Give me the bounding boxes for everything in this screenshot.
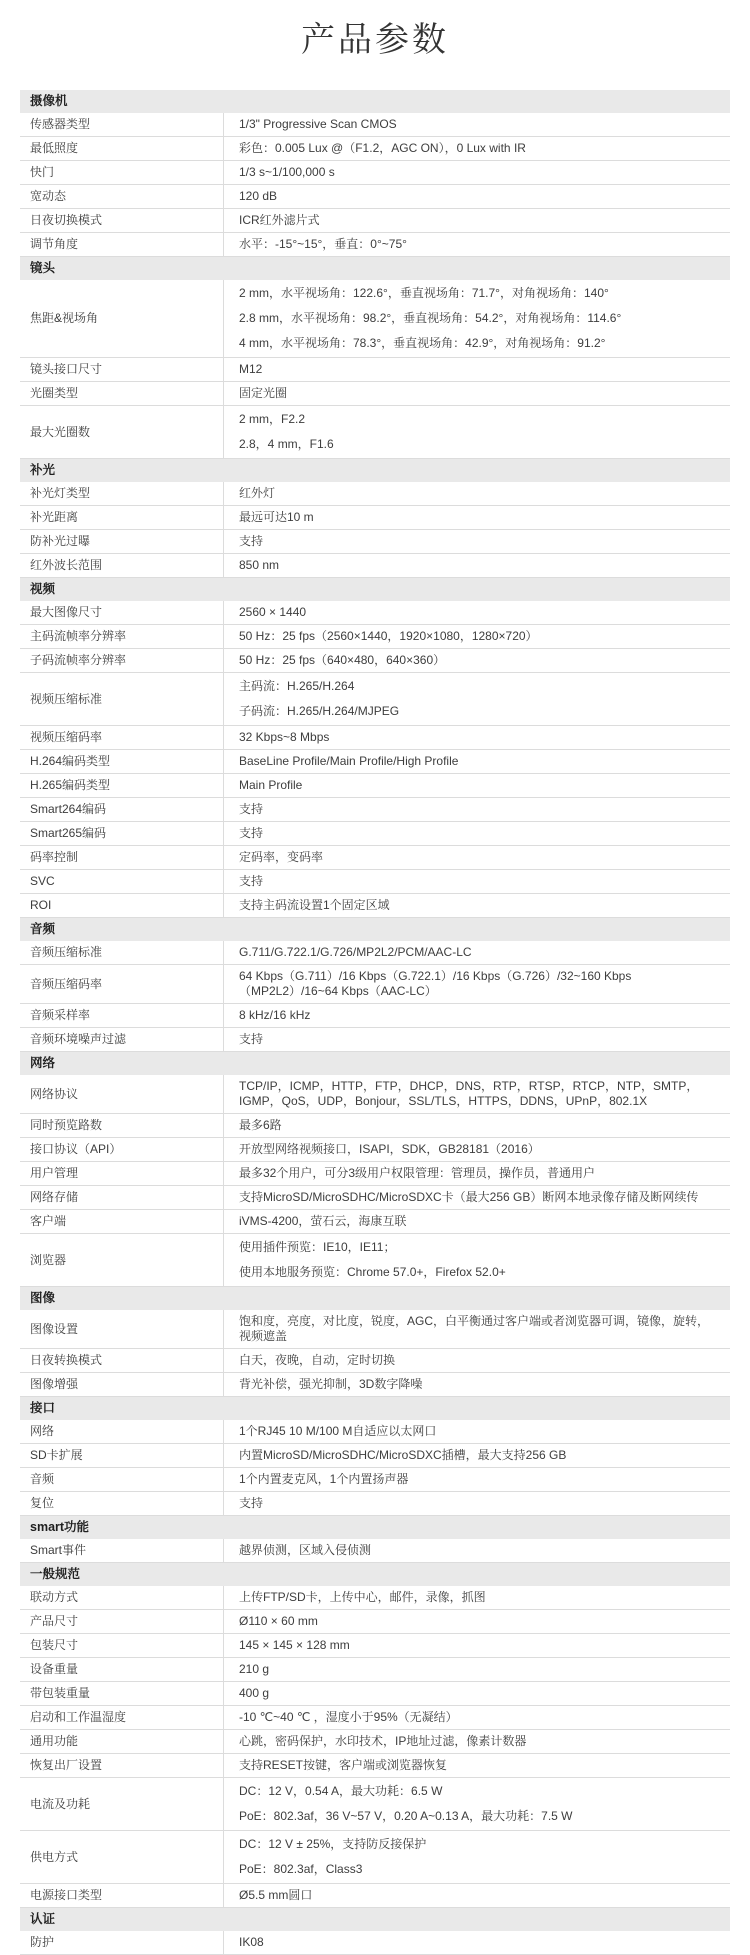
spec-value-line: 背光补偿，强光抑制，3D数字降噪 — [239, 1374, 720, 1395]
spec-value: 支持 — [223, 530, 730, 553]
spec-value-line: 2560 × 1440 — [239, 602, 720, 623]
spec-row: H.264编码类型BaseLine Profile/Main Profile/H… — [20, 750, 730, 774]
spec-value: 最多6路 — [223, 1114, 730, 1137]
spec-value-line: 支持 — [239, 1029, 720, 1050]
spec-value-line: 32 Kbps~8 Mbps — [239, 727, 720, 748]
spec-value: 最远可达10 m — [223, 506, 730, 529]
spec-label: 镜头接口尺寸 — [20, 358, 223, 381]
spec-value: 32 Kbps~8 Mbps — [223, 726, 730, 749]
spec-value: 1个内置麦克风，1个内置扬声器 — [223, 1468, 730, 1491]
spec-value: 支持 — [223, 798, 730, 821]
spec-value: 64 Kbps（G.711）/16 Kbps（G.722.1）/16 Kbps（… — [223, 965, 730, 1003]
spec-value-line: 固定光圈 — [239, 383, 720, 404]
spec-row: 日夜转换模式白天，夜晚，自动，定时切换 — [20, 1349, 730, 1373]
spec-row: 通用功能心跳，密码保护，水印技术，IP地址过滤，像素计数器 — [20, 1730, 730, 1754]
spec-value-line: 145 × 145 × 128 mm — [239, 1635, 720, 1656]
spec-row: 宽动态120 dB — [20, 185, 730, 209]
section-header: 网络 — [20, 1052, 730, 1075]
spec-value-line: 支持 — [239, 871, 720, 892]
spec-row: 主码流帧率分辨率50 Hz：25 fps（2560×1440，1920×1080… — [20, 625, 730, 649]
spec-row: H.265编码类型Main Profile — [20, 774, 730, 798]
spec-row: 电流及功耗DC：12 V，0.54 A，最大功耗：6.5 WPoE：802.3a… — [20, 1778, 730, 1831]
spec-row: 视频压缩码率32 Kbps~8 Mbps — [20, 726, 730, 750]
spec-label: 音频 — [20, 1468, 223, 1491]
spec-label: 视频压缩标准 — [20, 673, 223, 725]
spec-value: BaseLine Profile/Main Profile/High Profi… — [223, 750, 730, 773]
spec-value-line: Ø5.5 mm圆口 — [239, 1885, 720, 1906]
spec-label: 红外波长范围 — [20, 554, 223, 577]
spec-row: 音频环境噪声过滤支持 — [20, 1028, 730, 1052]
spec-row: 包装尺寸145 × 145 × 128 mm — [20, 1634, 730, 1658]
spec-label: Smart265编码 — [20, 822, 223, 845]
spec-value-line: -10 ℃~40 ℃ ，湿度小于95%（无凝结） — [239, 1707, 720, 1728]
spec-label: 码率控制 — [20, 846, 223, 869]
spec-value-line: 1/3 s~1/100,000 s — [239, 162, 720, 183]
spec-label: 接口协议（API） — [20, 1138, 223, 1161]
spec-row: 图像设置饱和度，亮度，对比度，锐度，AGC，白平衡通过客户端或者浏览器可调，镜像… — [20, 1310, 730, 1349]
spec-value-line: ICR红外滤片式 — [239, 210, 720, 231]
spec-row: 同时预览路数最多6路 — [20, 1114, 730, 1138]
spec-label: 浏览器 — [20, 1234, 223, 1286]
spec-label: 复位 — [20, 1492, 223, 1515]
spec-row: 调节角度水平：-15°~15°，垂直：0°~75° — [20, 233, 730, 257]
spec-row: 最大光圈数2 mm，F2.22.8，4 mm，F1.6 — [20, 406, 730, 459]
spec-row: 音频压缩标准G.711/G.722.1/G.726/MP2L2/PCM/AAC-… — [20, 941, 730, 965]
spec-value: 支持 — [223, 1028, 730, 1051]
spec-row: 浏览器使用插件预览：IE10，IE11；使用本地服务预览：Chrome 57.0… — [20, 1234, 730, 1287]
spec-value: 2560 × 1440 — [223, 601, 730, 624]
spec-value: 支持MicroSD/MicroSDHC/MicroSDXC卡（最大256 GB）… — [223, 1186, 730, 1209]
spec-value-line: 支持 — [239, 531, 720, 552]
spec-row: Smart264编码支持 — [20, 798, 730, 822]
spec-row: 联动方式上传FTP/SD卡，上传中心，邮件，录像，抓图 — [20, 1586, 730, 1610]
spec-value-line: 1/3" Progressive Scan CMOS — [239, 114, 720, 135]
spec-row: 防补光过曝支持 — [20, 530, 730, 554]
spec-value-line: 支持 — [239, 1493, 720, 1514]
spec-row: 补光距离最远可达10 m — [20, 506, 730, 530]
spec-label: 音频压缩标准 — [20, 941, 223, 964]
spec-value: iVMS-4200，萤石云，海康互联 — [223, 1210, 730, 1233]
spec-label: 最大图像尺寸 — [20, 601, 223, 624]
spec-value-line: 越界侦测，区域入侵侦测 — [239, 1540, 720, 1561]
spec-value: 彩色：0.005 Lux @（F1.2，AGC ON），0 Lux with I… — [223, 137, 730, 160]
spec-value-line: 2.8，4 mm，F1.6 — [239, 432, 720, 457]
spec-row: 网络1个RJ45 10 M/100 M自适应以太网口 — [20, 1420, 730, 1444]
spec-value: 背光补偿，强光抑制，3D数字降噪 — [223, 1373, 730, 1396]
spec-value: 1/3" Progressive Scan CMOS — [223, 113, 730, 136]
spec-value-line: Main Profile — [239, 775, 720, 796]
section-header: 摄像机 — [20, 90, 730, 113]
spec-row: SD卡扩展内置MicroSD/MicroSDHC/MicroSDXC插槽，最大支… — [20, 1444, 730, 1468]
spec-value: 50 Hz：25 fps（640×480，640×360） — [223, 649, 730, 672]
spec-label: 视频压缩码率 — [20, 726, 223, 749]
spec-label: 网络 — [20, 1420, 223, 1443]
spec-value: 最多32个用户，可分3级用户权限管理：管理员，操作员，普通用户 — [223, 1162, 730, 1185]
spec-label: 产品尺寸 — [20, 1610, 223, 1633]
spec-value-line: 开放型网络视频接口，ISAPI，SDK，GB28181（2016） — [239, 1139, 720, 1160]
spec-value: 红外灯 — [223, 482, 730, 505]
spec-value-line: 水平：-15°~15°，垂直：0°~75° — [239, 234, 720, 255]
spec-value: 水平：-15°~15°，垂直：0°~75° — [223, 233, 730, 256]
spec-label: 音频采样率 — [20, 1004, 223, 1027]
spec-label: 客户端 — [20, 1210, 223, 1233]
section-header: 接口 — [20, 1397, 730, 1420]
spec-value: G.711/G.722.1/G.726/MP2L2/PCM/AAC-LC — [223, 941, 730, 964]
spec-value-line: G.711/G.722.1/G.726/MP2L2/PCM/AAC-LC — [239, 942, 720, 963]
spec-value: 使用插件预览：IE10，IE11；使用本地服务预览：Chrome 57.0+，F… — [223, 1234, 730, 1286]
spec-label: 宽动态 — [20, 185, 223, 208]
spec-value: DC：12 V，0.54 A，最大功耗：6.5 WPoE：802.3af，36 … — [223, 1778, 730, 1830]
spec-value: M12 — [223, 358, 730, 381]
spec-label: 用户管理 — [20, 1162, 223, 1185]
spec-row: 子码流帧率分辨率50 Hz：25 fps（640×480，640×360） — [20, 649, 730, 673]
spec-row: 复位支持 — [20, 1492, 730, 1516]
spec-label: 快门 — [20, 161, 223, 184]
spec-value: 850 nm — [223, 554, 730, 577]
spec-label: 音频环境噪声过滤 — [20, 1028, 223, 1051]
spec-value-line: 4 mm，水平视场角：78.3°，垂直视场角：42.9°，对角视场角：91.2° — [239, 331, 720, 356]
spec-value-line: IK08 — [239, 1932, 720, 1953]
spec-value-line: 120 dB — [239, 186, 720, 207]
spec-value-line: 210 g — [239, 1659, 720, 1680]
spec-value: 2 mm，水平视场角：122.6°，垂直视场角：71.7°，对角视场角：140°… — [223, 280, 730, 357]
spec-label: 供电方式 — [20, 1831, 223, 1883]
spec-value-line: DC：12 V ± 25%，支持防反接保护 — [239, 1832, 720, 1857]
spec-table: 摄像机传感器类型1/3" Progressive Scan CMOS最低照度彩色… — [20, 90, 730, 1955]
spec-value: TCP/IP，ICMP，HTTP，FTP，DHCP，DNS，RTP，RTSP，R… — [223, 1075, 730, 1113]
spec-row: 最低照度彩色：0.005 Lux @（F1.2，AGC ON），0 Lux wi… — [20, 137, 730, 161]
spec-value: Main Profile — [223, 774, 730, 797]
spec-row: Smart事件越界侦测，区域入侵侦测 — [20, 1539, 730, 1563]
spec-label: 图像设置 — [20, 1310, 223, 1348]
spec-row: 防护IK08 — [20, 1931, 730, 1955]
spec-value-line: 主码流：H.265/H.264 — [239, 674, 720, 699]
spec-value-line: 8 kHz/16 kHz — [239, 1005, 720, 1026]
spec-value-line: 上传FTP/SD卡，上传中心，邮件，录像，抓图 — [239, 1587, 720, 1608]
spec-row: 启动和工作温湿度-10 ℃~40 ℃ ，湿度小于95%（无凝结） — [20, 1706, 730, 1730]
spec-row: 供电方式DC：12 V ± 25%，支持防反接保护PoE：802.3af，Cla… — [20, 1831, 730, 1884]
spec-value-line: 64 Kbps（G.711）/16 Kbps（G.722.1）/16 Kbps（… — [239, 966, 720, 1002]
spec-label: H.265编码类型 — [20, 774, 223, 797]
spec-value-line: M12 — [239, 359, 720, 380]
spec-value-line: 支持主码流设置1个固定区域 — [239, 895, 720, 916]
spec-label: 焦距&视场角 — [20, 280, 223, 357]
spec-value-line: 使用插件预览：IE10，IE11； — [239, 1235, 720, 1260]
spec-value-line: 红外灯 — [239, 483, 720, 504]
spec-value-line: 定码率，变码率 — [239, 847, 720, 868]
spec-value-line: 支持 — [239, 799, 720, 820]
spec-value: 8 kHz/16 kHz — [223, 1004, 730, 1027]
section-header: 补光 — [20, 459, 730, 482]
spec-value-line: 支持 — [239, 823, 720, 844]
section-header: 视频 — [20, 578, 730, 601]
spec-value: 400 g — [223, 1682, 730, 1705]
spec-label: ROI — [20, 894, 223, 917]
spec-label: 防护 — [20, 1931, 223, 1954]
spec-value-line: iVMS-4200，萤石云，海康互联 — [239, 1211, 720, 1232]
spec-row: 音频采样率8 kHz/16 kHz — [20, 1004, 730, 1028]
spec-value: 定码率，变码率 — [223, 846, 730, 869]
spec-row: 电源接口类型Ø5.5 mm圆口 — [20, 1884, 730, 1908]
spec-row: 码率控制定码率，变码率 — [20, 846, 730, 870]
spec-row: ROI支持主码流设置1个固定区域 — [20, 894, 730, 918]
spec-label: 启动和工作温湿度 — [20, 1706, 223, 1729]
spec-label: 恢复出厂设置 — [20, 1754, 223, 1777]
spec-label: 光圈类型 — [20, 382, 223, 405]
spec-row: 用户管理最多32个用户，可分3级用户权限管理：管理员，操作员，普通用户 — [20, 1162, 730, 1186]
spec-label: SD卡扩展 — [20, 1444, 223, 1467]
spec-value-line: 850 nm — [239, 555, 720, 576]
spec-row: 网络存储支持MicroSD/MicroSDHC/MicroSDXC卡（最大256… — [20, 1186, 730, 1210]
spec-value: 心跳，密码保护，水印技术，IP地址过滤，像素计数器 — [223, 1730, 730, 1753]
spec-label: SVC — [20, 870, 223, 893]
spec-value-line: BaseLine Profile/Main Profile/High Profi… — [239, 751, 720, 772]
spec-label: H.264编码类型 — [20, 750, 223, 773]
spec-row: 快门1/3 s~1/100,000 s — [20, 161, 730, 185]
spec-value: ICR红外滤片式 — [223, 209, 730, 232]
spec-value-line: DC：12 V，0.54 A，最大功耗：6.5 W — [239, 1779, 720, 1804]
spec-value: 210 g — [223, 1658, 730, 1681]
spec-value: 50 Hz：25 fps（2560×1440，1920×1080，1280×72… — [223, 625, 730, 648]
spec-value-line: TCP/IP，ICMP，HTTP，FTP，DHCP，DNS，RTP，RTSP，R… — [239, 1076, 720, 1112]
spec-value-line: 1个内置麦克风，1个内置扬声器 — [239, 1469, 720, 1490]
spec-row: 产品尺寸Ø110 × 60 mm — [20, 1610, 730, 1634]
spec-row: 网络协议TCP/IP，ICMP，HTTP，FTP，DHCP，DNS，RTP，RT… — [20, 1075, 730, 1114]
spec-row: 图像增强背光补偿，强光抑制，3D数字降噪 — [20, 1373, 730, 1397]
spec-label: 设备重量 — [20, 1658, 223, 1681]
section-header: 一般规范 — [20, 1563, 730, 1586]
spec-label: 日夜切换模式 — [20, 209, 223, 232]
spec-value: 1/3 s~1/100,000 s — [223, 161, 730, 184]
spec-label: 传感器类型 — [20, 113, 223, 136]
spec-value: Ø110 × 60 mm — [223, 1610, 730, 1633]
spec-value: 饱和度，亮度，对比度，锐度，AGC，白平衡通过客户端或者浏览器可调，镜像，旋转，… — [223, 1310, 730, 1348]
spec-value: Ø5.5 mm圆口 — [223, 1884, 730, 1907]
spec-label: 电流及功耗 — [20, 1778, 223, 1830]
spec-row: 视频压缩标准主码流：H.265/H.264子码流：H.265/H.264/MJP… — [20, 673, 730, 726]
spec-row: 光圈类型固定光圈 — [20, 382, 730, 406]
spec-label: 网络协议 — [20, 1075, 223, 1113]
spec-label: 网络存储 — [20, 1186, 223, 1209]
section-header: 认证 — [20, 1908, 730, 1931]
spec-value-line: 支持MicroSD/MicroSDHC/MicroSDXC卡（最大256 GB）… — [239, 1187, 720, 1208]
section-header: 图像 — [20, 1287, 730, 1310]
spec-row: 补光灯类型红外灯 — [20, 482, 730, 506]
spec-value-line: 最多32个用户，可分3级用户权限管理：管理员，操作员，普通用户 — [239, 1163, 720, 1184]
spec-value: 支持 — [223, 1492, 730, 1515]
spec-label: 防补光过曝 — [20, 530, 223, 553]
spec-value: 开放型网络视频接口，ISAPI，SDK，GB28181（2016） — [223, 1138, 730, 1161]
spec-value: -10 ℃~40 ℃ ，湿度小于95%（无凝结） — [223, 1706, 730, 1729]
page-title: 产品参数 — [0, 18, 750, 62]
section-header: 镜头 — [20, 257, 730, 280]
spec-value-line: 2 mm，水平视场角：122.6°，垂直视场角：71.7°，对角视场角：140° — [239, 281, 720, 306]
spec-label: 最低照度 — [20, 137, 223, 160]
spec-label: 电源接口类型 — [20, 1884, 223, 1907]
spec-value-line: 白天，夜晚，自动，定时切换 — [239, 1350, 720, 1371]
spec-value-line: 400 g — [239, 1683, 720, 1704]
spec-page: 产品参数 摄像机传感器类型1/3" Progressive Scan CMOS最… — [0, 0, 750, 1955]
spec-value: 2 mm，F2.22.8，4 mm，F1.6 — [223, 406, 730, 458]
spec-row: SVC支持 — [20, 870, 730, 894]
spec-value-line: 1个RJ45 10 M/100 M自适应以太网口 — [239, 1421, 720, 1442]
spec-row: 音频1个内置麦克风，1个内置扬声器 — [20, 1468, 730, 1492]
spec-label: 联动方式 — [20, 1586, 223, 1609]
spec-value: DC：12 V ± 25%，支持防反接保护PoE：802.3af，Class3 — [223, 1831, 730, 1883]
spec-value-line: 彩色：0.005 Lux @（F1.2，AGC ON），0 Lux with I… — [239, 138, 720, 159]
spec-label: 通用功能 — [20, 1730, 223, 1753]
spec-value-line: Ø110 × 60 mm — [239, 1611, 720, 1632]
spec-row: 接口协议（API）开放型网络视频接口，ISAPI，SDK，GB28181（201… — [20, 1138, 730, 1162]
spec-value: 支持 — [223, 870, 730, 893]
spec-value-line: 支持RESET按键，客户端或浏览器恢复 — [239, 1755, 720, 1776]
spec-row: 恢复出厂设置支持RESET按键，客户端或浏览器恢复 — [20, 1754, 730, 1778]
spec-value: 白天，夜晚，自动，定时切换 — [223, 1349, 730, 1372]
spec-value: 1个RJ45 10 M/100 M自适应以太网口 — [223, 1420, 730, 1443]
spec-row: 焦距&视场角2 mm，水平视场角：122.6°，垂直视场角：71.7°，对角视场… — [20, 280, 730, 358]
spec-value-line: 最多6路 — [239, 1115, 720, 1136]
spec-value-line: 2.8 mm，水平视场角：98.2°，垂直视场角：54.2°，对角视场角：114… — [239, 306, 720, 331]
spec-label: 最大光圈数 — [20, 406, 223, 458]
spec-label: 补光距离 — [20, 506, 223, 529]
spec-label: 包装尺寸 — [20, 1634, 223, 1657]
spec-row: 设备重量210 g — [20, 1658, 730, 1682]
spec-row: 传感器类型1/3" Progressive Scan CMOS — [20, 113, 730, 137]
spec-value: 145 × 145 × 128 mm — [223, 1634, 730, 1657]
spec-row: 带包装重量400 g — [20, 1682, 730, 1706]
section-header: smart功能 — [20, 1516, 730, 1539]
spec-value-line: PoE：802.3af，36 V~57 V，0.20 A~0.13 A，最大功耗… — [239, 1804, 720, 1829]
spec-label: 主码流帧率分辨率 — [20, 625, 223, 648]
spec-row: 客户端iVMS-4200，萤石云，海康互联 — [20, 1210, 730, 1234]
spec-row: Smart265编码支持 — [20, 822, 730, 846]
spec-value: 主码流：H.265/H.264子码流：H.265/H.264/MJPEG — [223, 673, 730, 725]
spec-row: 最大图像尺寸2560 × 1440 — [20, 601, 730, 625]
spec-value: IK08 — [223, 1931, 730, 1954]
spec-value-line: 最远可达10 m — [239, 507, 720, 528]
spec-value: 支持 — [223, 822, 730, 845]
spec-value-line: 50 Hz：25 fps（2560×1440，1920×1080，1280×72… — [239, 626, 720, 647]
spec-value: 内置MicroSD/MicroSDHC/MicroSDXC插槽，最大支持256 … — [223, 1444, 730, 1467]
spec-value-line: 内置MicroSD/MicroSDHC/MicroSDXC插槽，最大支持256 … — [239, 1445, 720, 1466]
spec-value-line: 2 mm，F2.2 — [239, 407, 720, 432]
spec-value: 支持主码流设置1个固定区域 — [223, 894, 730, 917]
spec-value-line: PoE：802.3af，Class3 — [239, 1857, 720, 1882]
spec-value: 支持RESET按键，客户端或浏览器恢复 — [223, 1754, 730, 1777]
spec-label: 带包装重量 — [20, 1682, 223, 1705]
spec-label: 音频压缩码率 — [20, 965, 223, 1003]
spec-label: 同时预览路数 — [20, 1114, 223, 1137]
spec-label: 子码流帧率分辨率 — [20, 649, 223, 672]
spec-value: 120 dB — [223, 185, 730, 208]
section-header: 音频 — [20, 918, 730, 941]
spec-row: 音频压缩码率64 Kbps（G.711）/16 Kbps（G.722.1）/16… — [20, 965, 730, 1004]
spec-label: 图像增强 — [20, 1373, 223, 1396]
spec-row: 日夜切换模式ICR红外滤片式 — [20, 209, 730, 233]
spec-value: 越界侦测，区域入侵侦测 — [223, 1539, 730, 1562]
spec-row: 镜头接口尺寸M12 — [20, 358, 730, 382]
spec-value-line: 子码流：H.265/H.264/MJPEG — [239, 699, 720, 724]
spec-value-line: 50 Hz：25 fps（640×480，640×360） — [239, 650, 720, 671]
spec-label: 调节角度 — [20, 233, 223, 256]
spec-value: 固定光圈 — [223, 382, 730, 405]
spec-value: 上传FTP/SD卡，上传中心，邮件，录像，抓图 — [223, 1586, 730, 1609]
spec-label: Smart事件 — [20, 1539, 223, 1562]
spec-label: Smart264编码 — [20, 798, 223, 821]
spec-value-line: 使用本地服务预览：Chrome 57.0+，Firefox 52.0+ — [239, 1260, 720, 1285]
spec-label: 补光灯类型 — [20, 482, 223, 505]
spec-row: 红外波长范围850 nm — [20, 554, 730, 578]
spec-value-line: 心跳，密码保护，水印技术，IP地址过滤，像素计数器 — [239, 1731, 720, 1752]
spec-label: 日夜转换模式 — [20, 1349, 223, 1372]
spec-value-line: 饱和度，亮度，对比度，锐度，AGC，白平衡通过客户端或者浏览器可调，镜像，旋转，… — [239, 1311, 720, 1347]
